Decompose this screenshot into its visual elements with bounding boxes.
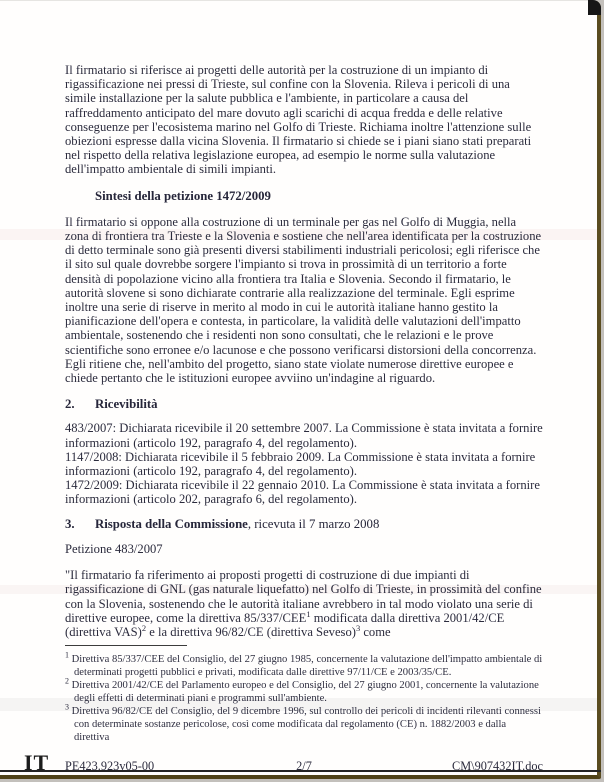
footnote-2: 2 Direttiva 2001/42/CE del Parlamento eu… (65, 679, 543, 705)
footnote-3-text: Direttiva 96/82/CE del Consiglio, del 9 … (72, 706, 541, 743)
petition-reference: Petizione 483/2007 (65, 542, 543, 556)
footnote-3: 3 Direttiva 96/82/CE del Consiglio, del … (65, 705, 543, 744)
section-3-date-suffix: , ricevuta il 7 marzo 2008 (248, 517, 379, 531)
admissibility-block: 483/2007: Dichiarata ricevibile il 20 se… (65, 421, 543, 506)
section-3-number: 3. (65, 517, 95, 531)
footnote-1-text: Direttiva 85/337/CEE del Consiglio, del … (72, 654, 543, 678)
response-text-segment: e la direttiva 96/82/CE (direttiva Seves… (146, 625, 356, 639)
admissibility-entry-1147-2008: 1147/2008: Dichiarata ricevibile il 5 fe… (65, 450, 543, 478)
heading-sintesi-petizione-1472: Sintesi della petizione 1472/2009 (95, 189, 543, 203)
document-page: Il firmatario si riferisce ai progetti d… (0, 0, 601, 779)
footnotes-block: 1 Direttiva 85/337/CEE del Consiglio, de… (65, 653, 543, 744)
admissibility-entry-1472-2009: 1472/2009: Dichiarata ricevibile il 22 g… (65, 478, 543, 506)
section-2-title: Ricevibilità (95, 397, 158, 411)
section-3-title: Risposta della Commissione (95, 517, 248, 531)
scan-corner-mark (588, 0, 601, 15)
document-content: Il firmatario si riferisce ai progetti d… (65, 63, 543, 773)
footnote-1: 1 Direttiva 85/337/CEE del Consiglio, de… (65, 653, 543, 679)
footnote-2-marker: 2 (65, 677, 69, 686)
admissibility-entry-483-2007: 483/2007: Dichiarata ricevibile il 20 se… (65, 421, 543, 449)
footnote-3-marker: 3 (65, 703, 69, 712)
footnote-1-marker: 1 (65, 651, 69, 660)
footnote-2-text: Direttiva 2001/42/CE del Parlamento euro… (72, 680, 539, 704)
section-3-heading: 3.Risposta della Commissione, ricevuta i… (65, 517, 543, 531)
language-tag: IT (24, 753, 49, 773)
commission-response-paragraph: "Il firmatario fa riferimento ai propost… (65, 568, 543, 639)
language-tag-rule (0, 770, 601, 772)
section-2-heading: 2.Ricevibilità (65, 397, 543, 411)
petition-1472-summary-paragraph: Il firmatario si oppone alla costruzione… (65, 215, 543, 385)
section-2-number: 2. (65, 397, 95, 411)
response-text-segment: come (360, 625, 390, 639)
footnote-separator-rule (65, 645, 187, 646)
petition-1147-summary-paragraph: Il firmatario si riferisce ai progetti d… (65, 63, 543, 177)
